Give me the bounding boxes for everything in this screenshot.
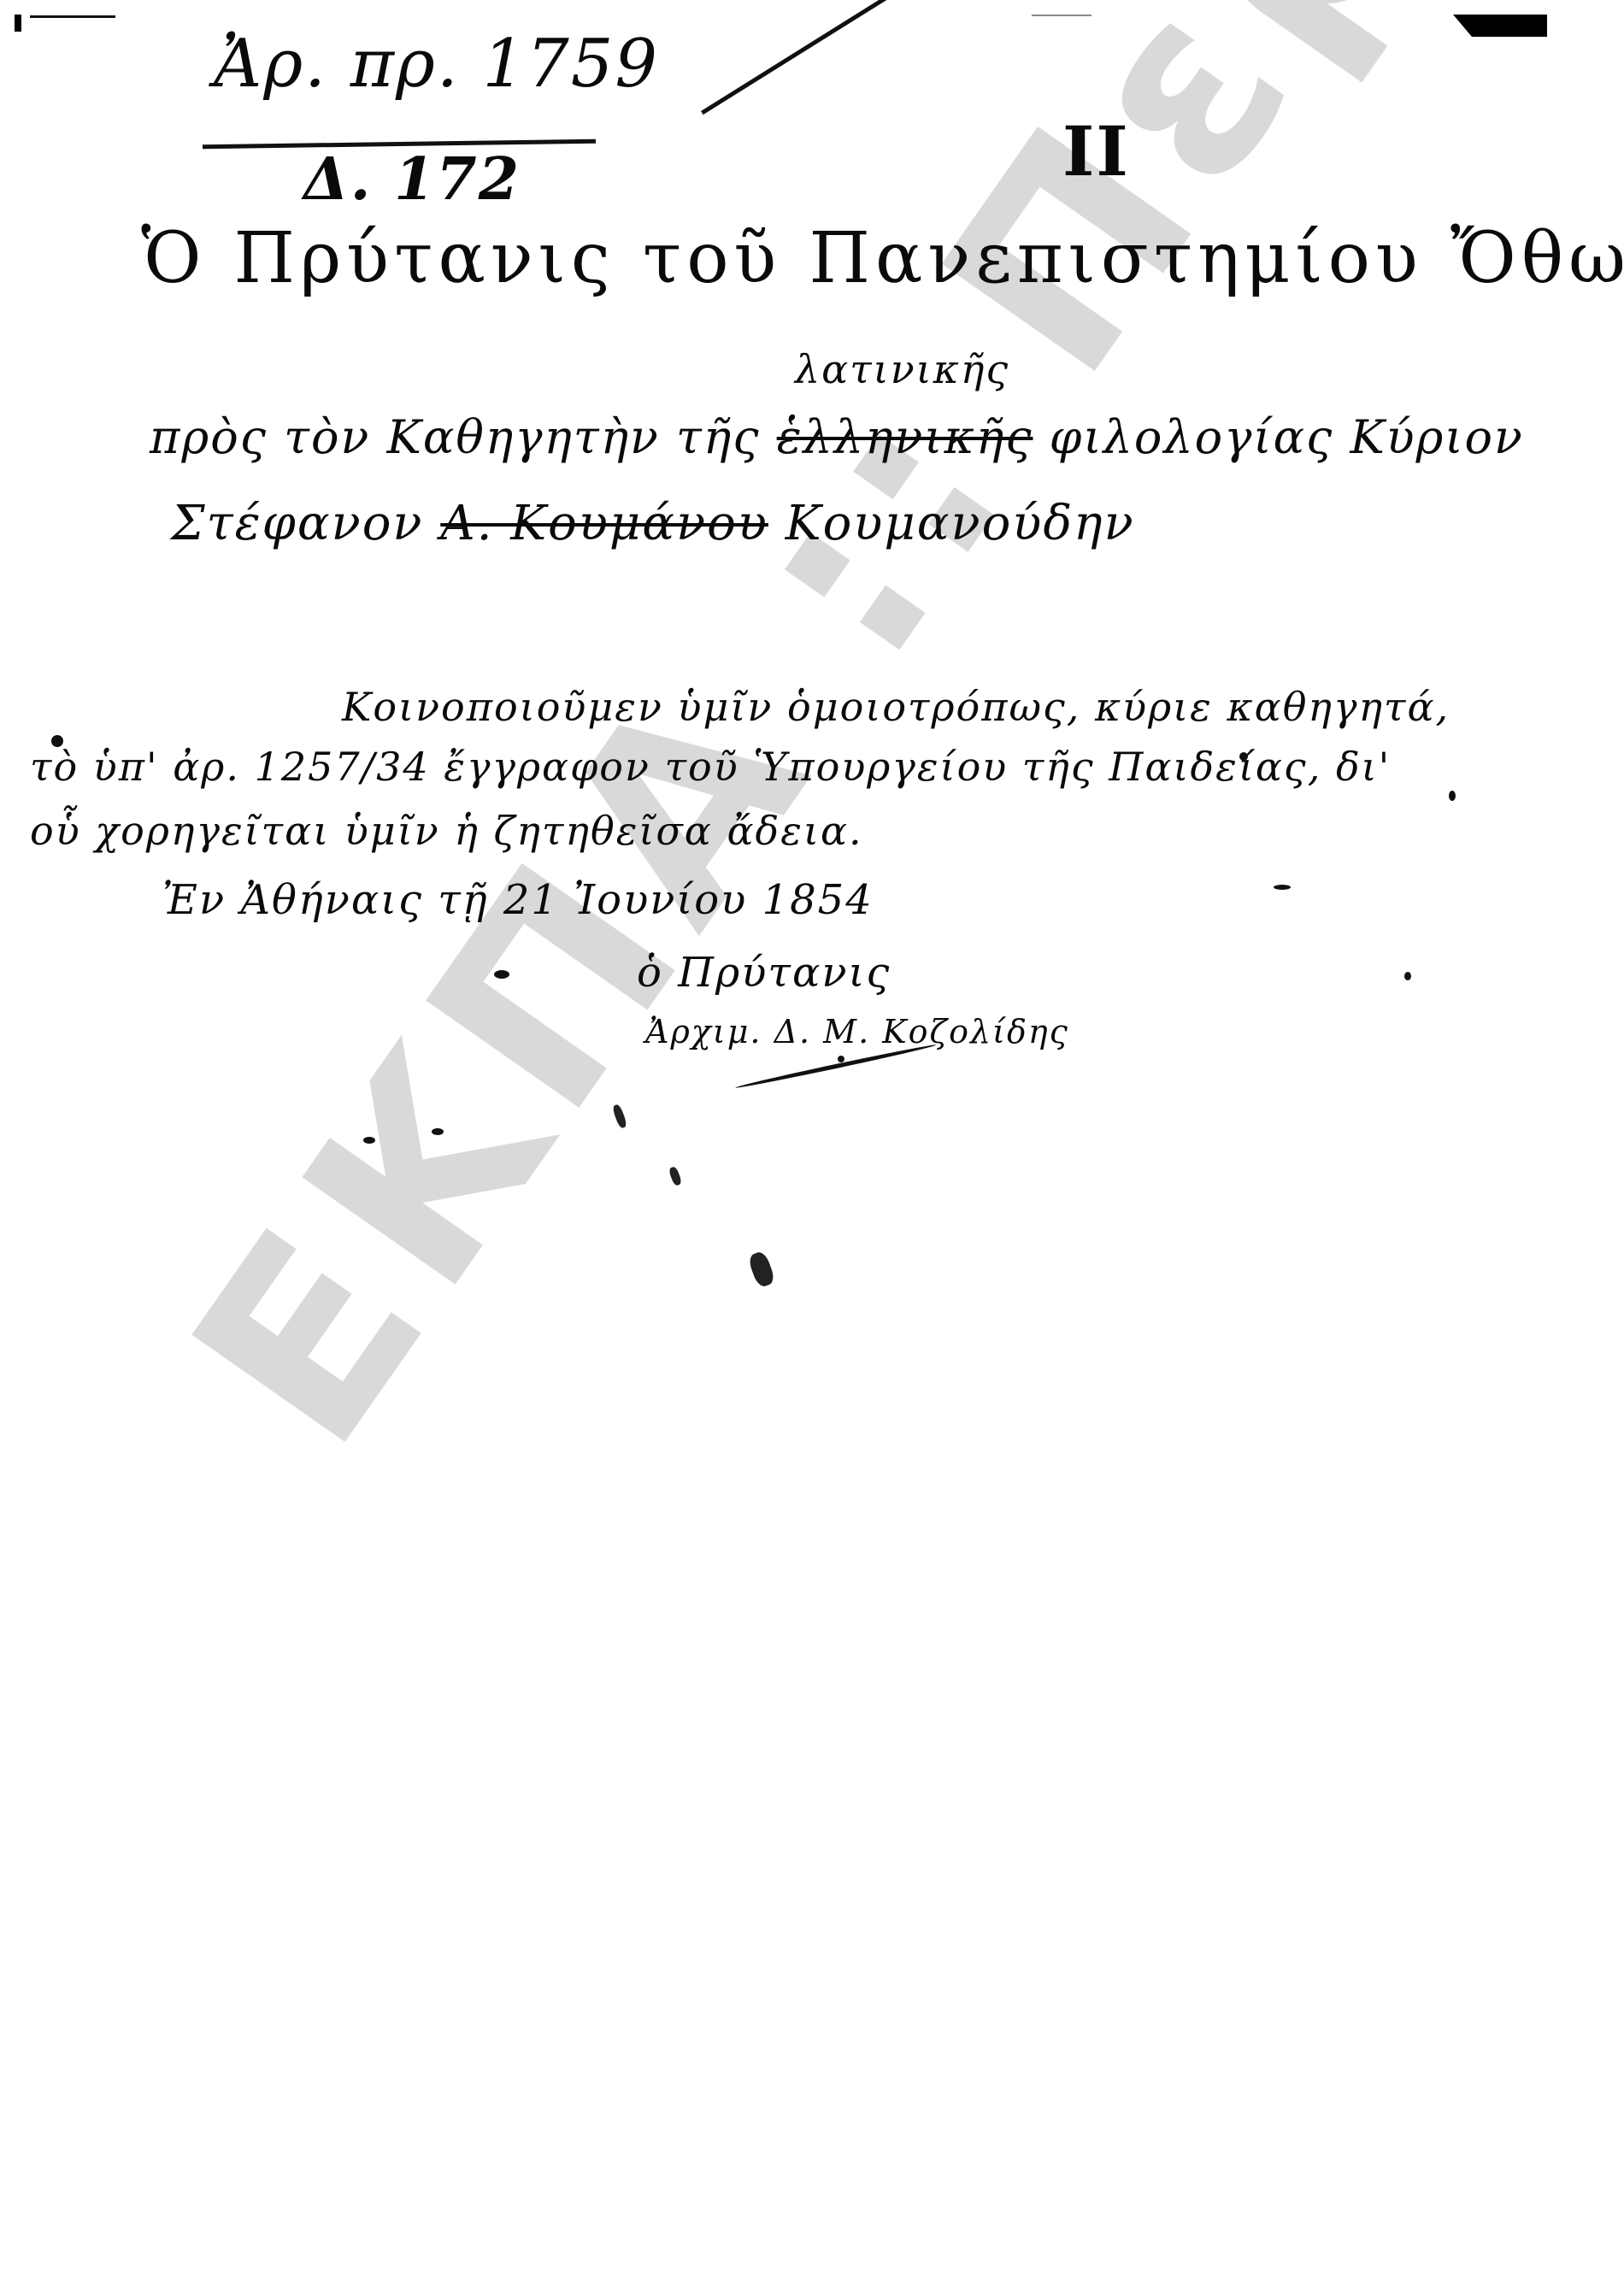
tally-mark: II (1062, 111, 1130, 191)
ink-speck (432, 1128, 444, 1135)
ink-speck (1274, 885, 1291, 890)
ink-speck (363, 1137, 375, 1144)
body-line-2: τὸ ὑπ' ἀρ. 1257/34 ἔγγραφον τοῦ Ὑπουργεί… (30, 744, 1391, 790)
scan-edge-line-center (1032, 15, 1091, 16)
ink-blot (747, 1250, 776, 1288)
scan-edge-line-left (30, 15, 115, 18)
closing: ὁ Πρύτανις (637, 949, 891, 997)
addressee-line-2: Στέφανον Α. Κουμάνου Κουμανούδην (171, 496, 1135, 551)
document-page: ΕΚΠΑ :: Περγαμος Ἀρ. πρ. 1759 Δ. 172 II … (0, 0, 1624, 2295)
addressee-prefix: πρὸς τὸν Καθηγητὴν τῆς (150, 410, 761, 464)
protocol-number: Ἀρ. πρ. 1759 (214, 26, 659, 103)
addressee-insertion: λατινικῆς (795, 346, 1009, 392)
addressee-name-first: Στέφανον (171, 496, 423, 551)
document-title: Ὁ Πρύτανις τοῦ Πανεπιστημίου Ὄθωνος (141, 218, 1624, 299)
ink-smudge (612, 1103, 628, 1129)
diagonal-pen-stroke (701, 0, 899, 115)
struck-word: ἑλληνικῆς (777, 410, 1033, 464)
body-line-3: οὗ χορηγεῖται ὑμῖν ἡ ζητηθεῖσα ἄδεια. (30, 808, 863, 854)
ink-smudge (668, 1166, 683, 1186)
dateline: Ἐν Ἀθήναις τῇ 21 Ἰουνίου 1854 (162, 876, 874, 924)
ink-speck (1404, 972, 1411, 980)
struck-name: Α. Κουμάνου (440, 496, 768, 551)
signature: Ἀρχιμ. Δ. Μ. Κοζολίδης (645, 1013, 1069, 1050)
ink-speck (51, 735, 63, 747)
ink-speck (494, 970, 509, 979)
addressee-suffix: φιλολογίας Κύριον (1050, 410, 1524, 464)
ink-speck (1239, 752, 1248, 761)
addressee-name-last: Κουμανούδην (786, 496, 1135, 551)
ink-speck (838, 1056, 844, 1062)
addressee-line-1: πρὸς τὸν Καθηγητὴν τῆς ἑλληνικῆς φιλολογ… (150, 410, 1524, 464)
scan-corner-block (1453, 15, 1547, 37)
body-line-1: Κοινοποιοῦμεν ὑμῖν ὁμοιοτρόπως, κύριε κα… (342, 684, 1450, 730)
ink-speck (1449, 791, 1456, 801)
file-number: Δ. 172 (303, 145, 521, 214)
scan-edge-mark-left (15, 15, 21, 32)
